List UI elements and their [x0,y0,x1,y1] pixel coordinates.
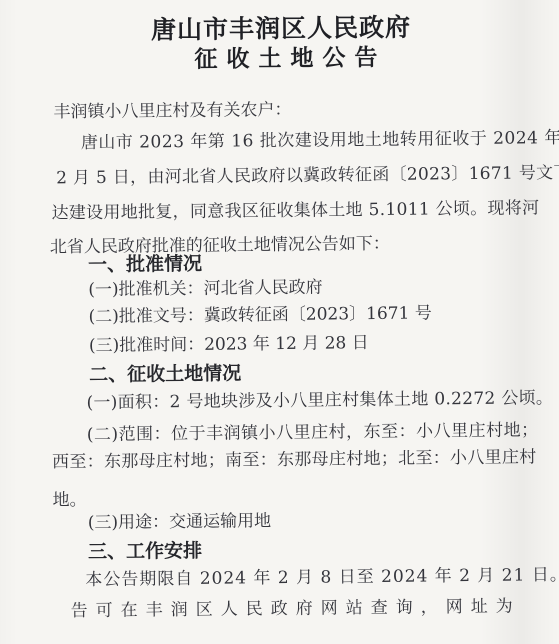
item-line: (一)批准机关：河北省人民政府 [50,275,555,300]
section-heading-2: 二、征收土地情况 [51,360,556,385]
paragraph-line: 唐山市 2023 年第 16 批次建设用地土地转用征收于 2024 年 [49,128,548,153]
paragraph-line: 2 月 5 日，由河北省人民政府以冀政转征函〔2023〕1671 号文下 [49,163,523,188]
item-line: (二)范围：位于丰润镇小八里庄村，东至：小八里庄村地； [52,420,554,445]
item-line: (三)用途：交通运输用地 [53,508,555,533]
paragraph-line: 告可在丰润区人民政府网站查询，网址为 [54,596,538,621]
document-content: 唐山市丰润区人民政府 征收土地公告 丰润镇小八里庄村及有关农户： 唐山市 202… [47,0,521,644]
item-line: (二)批准文号：冀政转征函〔2023〕1671 号 [51,302,556,327]
salutation-line: 丰润镇小八里庄村及有关农户： [48,98,520,123]
item-line: (一)面积：2 号地块涉及小八里庄村集体土地 0.2272 公顷。 [51,388,553,413]
paragraph-line: 地。 [52,486,519,511]
document-page: 唐山市丰润区人民政府 征收土地公告 丰润镇小八里庄村及有关农户： 唐山市 202… [0,0,559,644]
section-heading-3: 三、工作安排 [53,537,555,562]
section-heading-1: 一、批准情况 [50,250,555,275]
paragraph-line: 达建设用地批复，同意我区征收集体土地 5.1011 公顷。现将河 [49,199,518,224]
document-title-line2: 征收土地公告 [48,37,524,75]
paragraph-line: 西至：东那母庄村地；南至：东那母庄村地；北至：小八里庄村 [52,448,519,473]
paragraph-line: 本公告期限自 2024 年 2 月 8 日至 2024 年 2 月 21 日。本… [53,565,552,590]
item-line: (三)批准时间：2023 年 12 月 28 日 [51,331,556,356]
